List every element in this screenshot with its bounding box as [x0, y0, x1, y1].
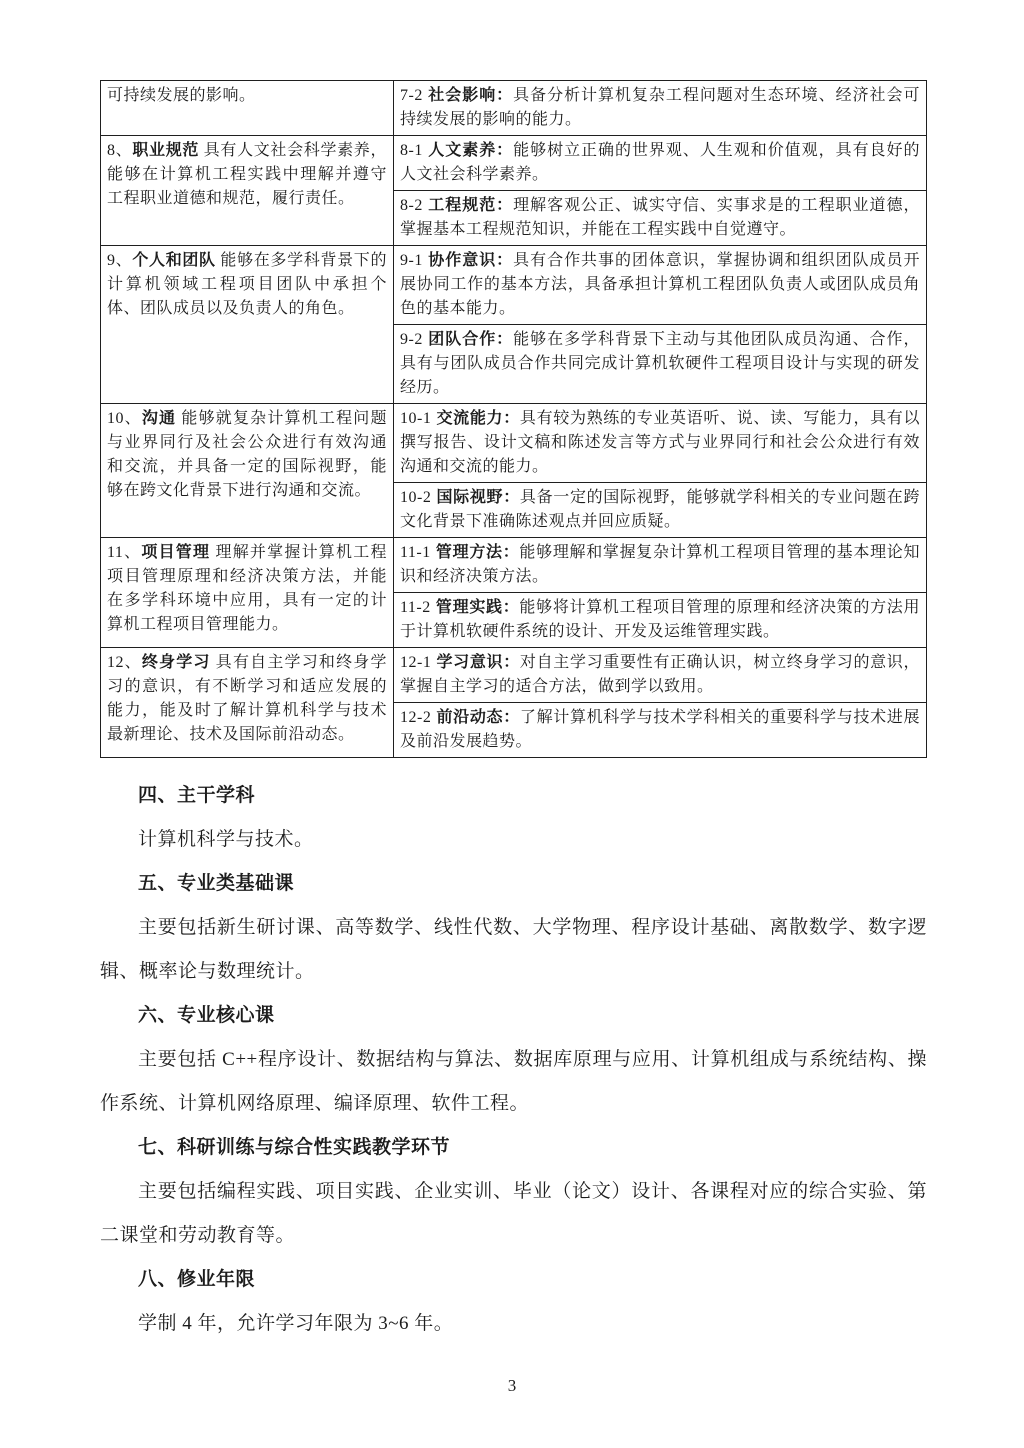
indicator-term: 团队合作： [428, 331, 513, 348]
graduation-requirements-table: 可持续发展的影响。 7-2社会影响：具备分析计算机复杂工程问题对生态环境、经济社… [100, 80, 927, 758]
indicator-cell-9-1: 9-1协作意识：具有合作共事的团体意识，掌握协调和组织团队成员开展协同工作的基本… [394, 246, 927, 325]
indicator-code: 12-2 [400, 709, 431, 726]
indicator-cell-8-1: 8-1人文素养：能够树立正确的世界观、人生观和价值观，具有良好的人文社会科学素养… [394, 136, 927, 191]
requirement-number: 12、 [107, 654, 142, 671]
indicator-cell-9-2: 9-2团队合作：能够在多学科背景下主动与其他团队成员沟通、合作，具有与团队成员合… [394, 325, 927, 404]
indicator-code: 8-2 [400, 197, 423, 214]
section-paragraph-basic-courses: 主要包括新生研讨课、高等数学、线性代数、大学物理、程序设计基础、离散数学、数字逻… [100, 906, 927, 994]
indicator-term: 管理实践： [436, 599, 520, 616]
requirement-number: 9、 [107, 252, 132, 269]
indicator-term: 管理方法： [436, 544, 520, 561]
indicator-code: 12-1 [400, 654, 431, 671]
indicator-code: 10-1 [400, 410, 431, 427]
indicator-term: 交流能力： [436, 410, 520, 427]
table-row: 9、个人和团队 能够在多学科背景下的计算机领域工程项目团队中承担个体、团队成员以… [101, 246, 927, 325]
section-heading-main-discipline: 四、主干学科 [100, 774, 927, 818]
indicator-cell-7-2: 7-2社会影响：具备分析计算机复杂工程问题对生态环境、经济社会可持续发展的影响的… [394, 81, 927, 136]
indicator-term: 前沿动态： [436, 709, 520, 726]
requirement-number: 8、 [107, 142, 132, 159]
section-paragraph-practice-teaching: 主要包括编程实践、项目实践、企业实训、毕业（论文）设计、各课程对应的综合实验、第… [100, 1170, 927, 1258]
section-heading-basic-courses: 五、专业类基础课 [100, 862, 927, 906]
requirement-cell-11: 11、项目管理 理解并掌握计算机工程项目管理原理和经济决策方法，并能在多学科环境… [101, 538, 394, 648]
requirement-term: 终身学习 [142, 654, 211, 671]
indicator-cell-11-1: 11-1管理方法：能够理解和掌握复杂计算机工程项目管理的基本理论知识和经济决策方… [394, 538, 927, 593]
table-row: 8、职业规范 具有人文社会科学素养，能够在计算机工程实践中理解并遵守工程职业道德… [101, 136, 927, 191]
table-row: 可持续发展的影响。 7-2社会影响：具备分析计算机复杂工程问题对生态环境、经济社… [101, 81, 927, 136]
indicator-term: 协作意识： [428, 252, 513, 269]
requirement-cell-8: 8、职业规范 具有人文社会科学素养，能够在计算机工程实践中理解并遵守工程职业道德… [101, 136, 394, 246]
indicator-term: 社会影响： [428, 87, 513, 104]
requirement-term: 沟通 [142, 410, 176, 427]
indicator-code: 11-2 [400, 599, 431, 616]
indicator-term: 国际视野： [436, 489, 520, 506]
requirement-term: 项目管理 [141, 544, 210, 561]
indicator-cell-10-1: 10-1交流能力：具有较为熟练的专业英语听、说、读、写能力，具有以撰写报告、设计… [394, 404, 927, 483]
section-paragraph-main-discipline: 计算机科学与技术。 [100, 818, 927, 862]
requirement-term: 个人和团队 [132, 252, 215, 269]
page-number: 3 [0, 1376, 1024, 1396]
indicator-code: 7-2 [400, 87, 423, 104]
section-paragraph-study-duration: 学制 4 年，允许学习年限为 3~6 年。 [100, 1302, 927, 1346]
document-body: 四、主干学科 计算机科学与技术。 五、专业类基础课 主要包括新生研讨课、高等数学… [100, 774, 927, 1346]
indicator-term: 学习意识： [436, 654, 520, 671]
section-heading-study-duration: 八、修业年限 [100, 1258, 927, 1302]
indicator-cell-12-1: 12-1学习意识：对自主学习重要性有正确认识，树立终身学习的意识，掌握自主学习的… [394, 648, 927, 703]
table-row: 11、项目管理 理解并掌握计算机工程项目管理原理和经济决策方法，并能在多学科环境… [101, 538, 927, 593]
requirement-cell-12: 12、终身学习 具有自主学习和终身学习的意识，有不断学习和适应发展的能力，能及时… [101, 648, 394, 758]
table-row: 12、终身学习 具有自主学习和终身学习的意识，有不断学习和适应发展的能力，能及时… [101, 648, 927, 703]
requirement-text: 可持续发展的影响。 [107, 87, 256, 104]
requirement-number: 10、 [107, 410, 142, 427]
indicator-cell-11-2: 11-2管理实践：能够将计算机工程项目管理的原理和经济决策的方法用于计算机软硬件… [394, 593, 927, 648]
indicator-code: 10-2 [400, 489, 431, 506]
section-paragraph-core-courses: 主要包括 C++程序设计、数据结构与算法、数据库原理与应用、计算机组成与系统结构… [100, 1038, 927, 1126]
indicator-cell-12-2: 12-2前沿动态：了解计算机科学与技术学科相关的重要科学与技术进展及前沿发展趋势… [394, 703, 927, 758]
indicator-code: 11-1 [400, 544, 431, 561]
requirement-number: 11、 [107, 544, 141, 561]
indicator-code: 9-2 [400, 331, 423, 348]
section-heading-practice-teaching: 七、科研训练与综合性实践教学环节 [100, 1126, 927, 1170]
table-row: 10、沟通 能够就复杂计算机工程问题与业界同行及社会公众进行有效沟通和交流，并具… [101, 404, 927, 483]
indicator-code: 8-1 [400, 142, 423, 159]
indicator-cell-10-2: 10-2国际视野：具备一定的国际视野，能够就学科相关的专业问题在跨文化背景下准确… [394, 483, 927, 538]
indicator-code: 9-1 [400, 252, 423, 269]
requirement-cell-10: 10、沟通 能够就复杂计算机工程问题与业界同行及社会公众进行有效沟通和交流，并具… [101, 404, 394, 538]
requirement-cell-7-continued: 可持续发展的影响。 [101, 81, 394, 136]
indicator-term: 人文素养： [428, 142, 513, 159]
requirement-cell-9: 9、个人和团队 能够在多学科背景下的计算机领域工程项目团队中承担个体、团队成员以… [101, 246, 394, 404]
indicator-cell-8-2: 8-2工程规范：理解客观公正、诚实守信、实事求是的工程职业道德，掌握基本工程规范… [394, 191, 927, 246]
requirement-term: 职业规范 [132, 142, 199, 159]
document-page: 可持续发展的影响。 7-2社会影响：具备分析计算机复杂工程问题对生态环境、经济社… [0, 0, 1024, 1346]
indicator-term: 工程规范： [428, 197, 513, 214]
section-heading-core-courses: 六、专业核心课 [100, 994, 927, 1038]
